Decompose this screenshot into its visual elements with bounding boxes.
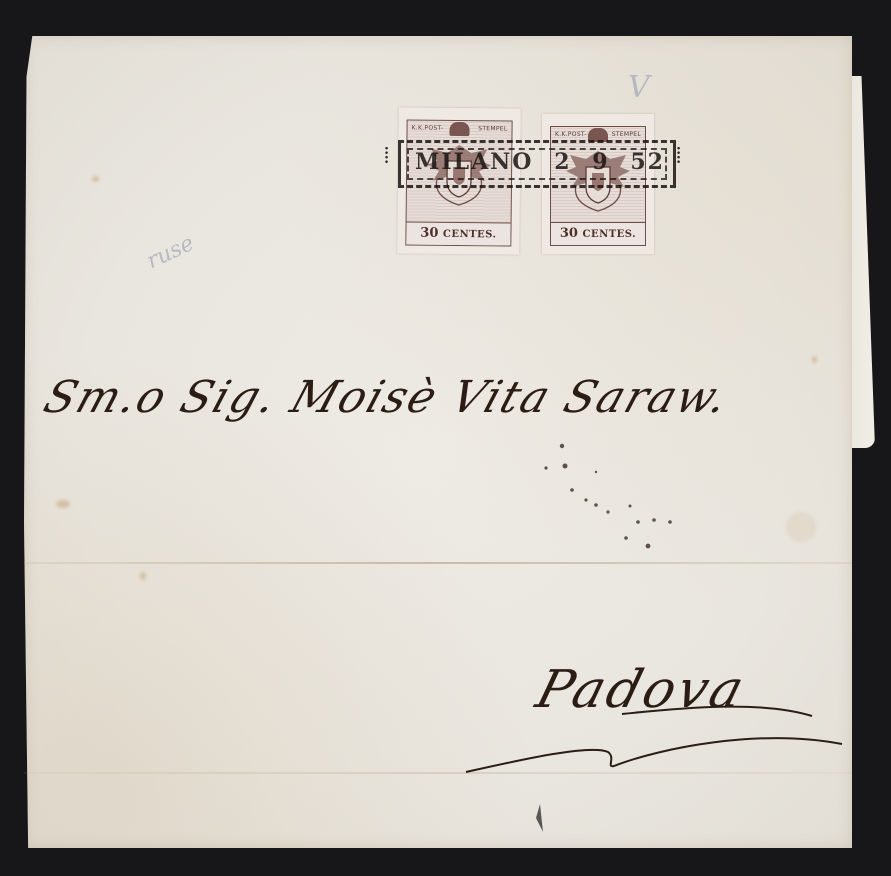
scene: ruse V K.K.POST- STEMPEL 30 CENTES. — [0, 0, 891, 876]
pen-flourish — [0, 0, 891, 876]
